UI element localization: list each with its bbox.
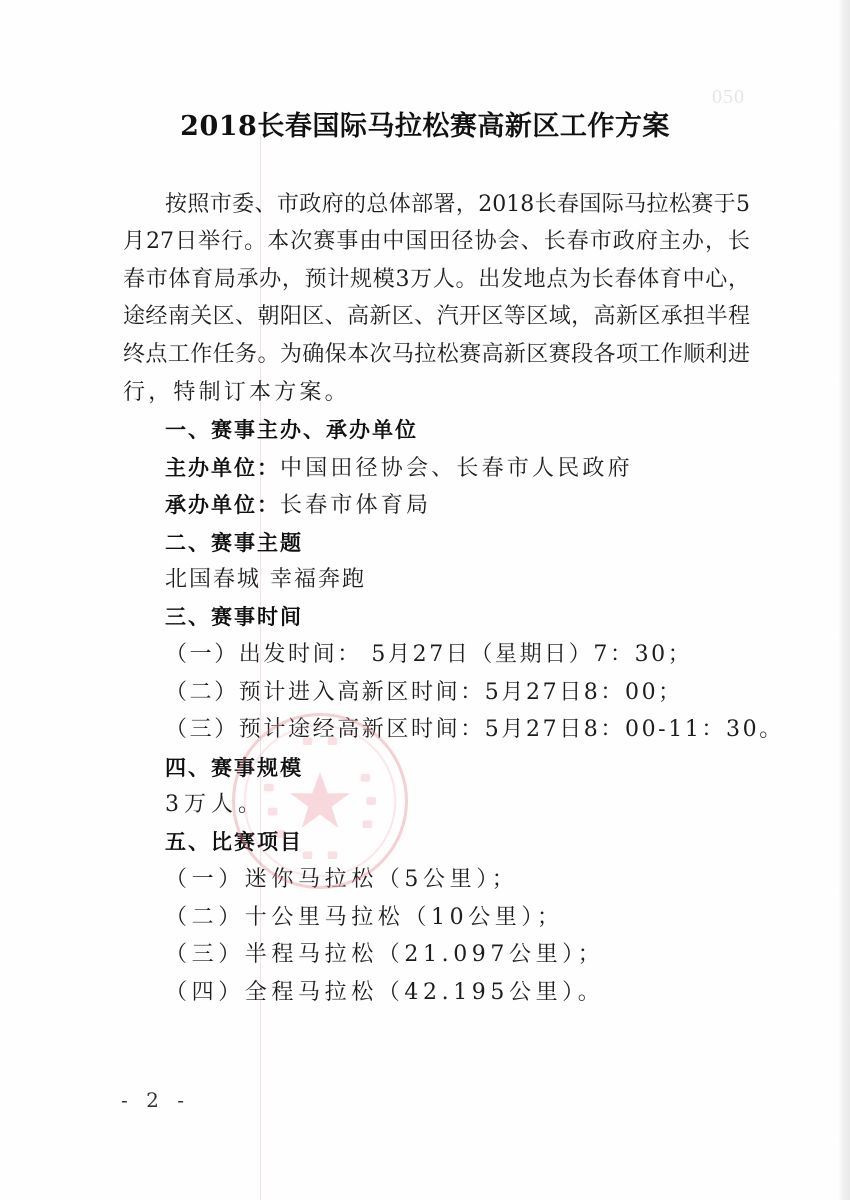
host-label: 主办单位： xyxy=(165,456,280,480)
event-item-full: （四）全程马拉松（42.195公里）。 xyxy=(165,979,604,1007)
intro-line-3: 春市体育局承办，预计规模3万人。出发地点为长春体育中心， xyxy=(123,266,750,294)
time-item-pass: （三）预计途经高新区时间：5月27日8：00-11：30。 xyxy=(165,716,784,744)
document-title: 2018长春国际马拉松赛高新区工作方案 xyxy=(0,104,850,143)
intro-line-2: 月27日举行。本次赛事由中国田径协会、长春市政府主办，长 xyxy=(123,228,750,256)
host-value: 中国田径协会、长春市人民政府 xyxy=(280,456,633,481)
event-item-half: （三）半程马拉松（21.097公里）； xyxy=(165,941,604,969)
time-item-start: （一）出发时间： 5月27日（星期日）7：30； xyxy=(165,641,692,669)
organizer-undertaker-row: 承办单位：长春市体育局 xyxy=(165,491,431,520)
section-heading-events: 五、比赛项目 xyxy=(165,828,303,856)
intro-line-5: 终点工作任务。为确保本次马拉松赛高新区赛段各项工作顺利进 xyxy=(123,341,750,369)
time-item-enter: （二）预计进入高新区时间：5月27日8：00； xyxy=(165,679,683,707)
scale-text: 3万人。 xyxy=(165,791,265,819)
document-page: 050 2018长春国际马拉松赛高新区工作方案 按照市委、市政府的总体部署，20… xyxy=(0,0,850,1200)
intro-line-4: 途经南关区、朝阳区、高新区、汽开区等区域，高新区承担半程 xyxy=(123,303,750,331)
event-item-mini: （一）迷你马拉松（5公里）； xyxy=(165,866,518,894)
section-heading-time: 三、赛事时间 xyxy=(165,603,303,631)
page-number: - 2 - xyxy=(121,1088,190,1112)
event-item-10k: （二）十公里马拉松（10公里）； xyxy=(165,904,564,932)
organizer-host-row: 主办单位：中国田径协会、长春市人民政府 xyxy=(165,454,633,483)
theme-text: 北国春城 幸福奔跑 xyxy=(165,566,366,594)
section-heading-theme: 二、赛事主题 xyxy=(165,529,303,557)
undertaker-label: 承办单位： xyxy=(165,493,280,517)
section-heading-organizers: 一、赛事主办、承办单位 xyxy=(165,416,418,444)
intro-line-1: 按照市委、市政府的总体部署，2018长春国际马拉松赛于5 xyxy=(165,191,750,219)
undertaker-value: 长春市体育局 xyxy=(280,493,431,518)
section-heading-scale: 四、赛事规模 xyxy=(165,754,303,782)
scan-edge-shadow xyxy=(838,0,850,1200)
intro-line-6: 行，特制订本方案。 xyxy=(123,379,750,407)
